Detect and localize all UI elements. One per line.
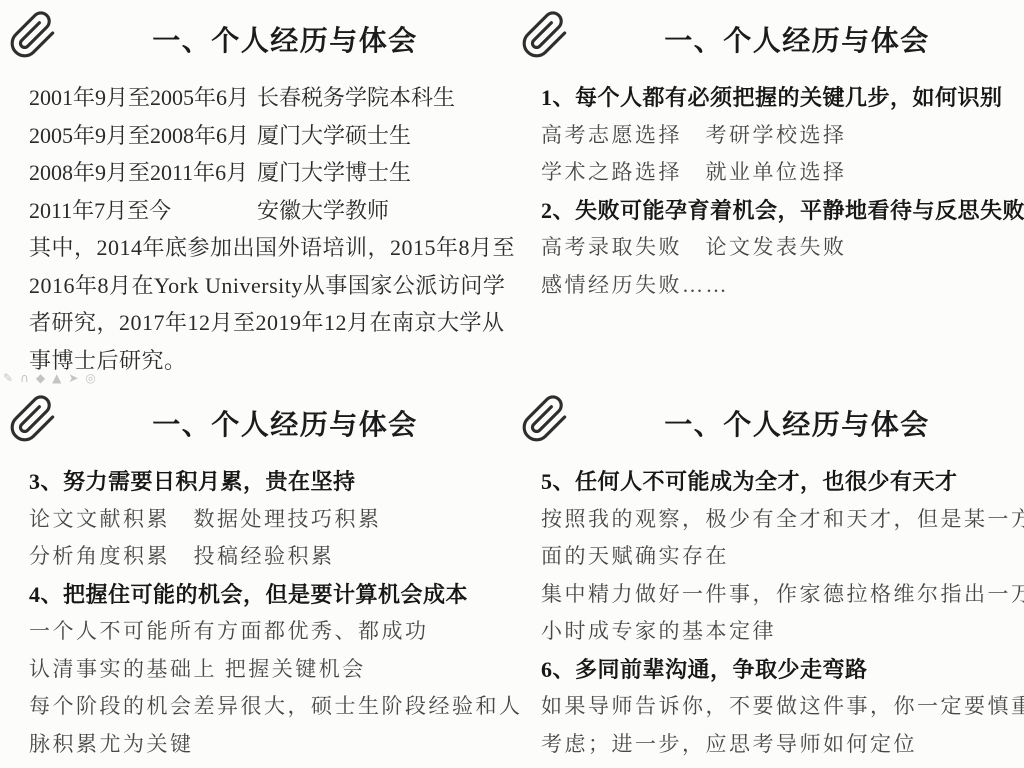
bullet-heading: 1、每个人都有必须把握的关键几步，如何识别 <box>541 79 1022 117</box>
bullet-line: 学术之路选择 就业单位选择 <box>541 154 1022 192</box>
bullet-line: 认清事实的基础上 把握关键机会 <box>29 651 510 689</box>
bullet-line: 按照我的观察，极少有全才和天才，但是某一方 <box>541 501 1022 539</box>
slide-body: 3、努力需要日积月累，贵在坚持 论文文献积累 数据处理技巧积累 分析角度积累 投… <box>29 463 510 763</box>
paperclip-icon <box>520 391 570 447</box>
timeline-row: 2011年7月至今 安徽大学教师 <box>29 192 510 230</box>
paragraph-line: 2016年8月在York University从事国家公派访问学 <box>29 267 510 305</box>
timeline-date: 2008年9月至2011年6月 <box>29 154 257 192</box>
bullet-line: 面的天赋确实存在 <box>541 538 1022 576</box>
bullet-heading: 5、任何人不可能成为全才，也很少有天才 <box>541 463 1022 501</box>
bullet-line: 集中精力做好一件事，作家德拉格维尔指出一万 <box>541 576 1022 614</box>
paperclip-icon <box>520 7 570 63</box>
bullet-heading: 3、努力需要日积月累，贵在坚持 <box>29 463 510 501</box>
bullet-heading: 4、把握住可能的机会，但是要计算机会成本 <box>29 576 510 614</box>
slide-1: 一、个人经历与体会 2001年9月至2005年6月 长春税务学院本科生 2005… <box>0 0 512 384</box>
bullet-line: 分析角度积累 投稿经验积累 <box>29 538 510 576</box>
slide-3: 一、个人经历与体会 3、努力需要日积月累，贵在坚持 论文文献积累 数据处理技巧积… <box>0 384 512 768</box>
bullet-line: 小时成专家的基本定律 <box>541 613 1022 651</box>
paperclip-icon <box>8 391 58 447</box>
slide-title: 一、个人经历与体会 <box>574 19 1020 59</box>
triangle-icon[interactable]: ▲ <box>52 371 61 385</box>
timeline-row: 2008年9月至2011年6月 厦门大学博士生 <box>29 154 510 192</box>
slide-2: 一、个人经历与体会 1、每个人都有必须把握的关键几步，如何识别 高考志愿选择 考… <box>512 0 1024 384</box>
slide-4: 一、个人经历与体会 5、任何人不可能成为全才，也很少有天才 按照我的观察，极少有… <box>512 384 1024 768</box>
pen-icon[interactable]: ✎ <box>3 371 13 385</box>
slide-title: 一、个人经历与体会 <box>62 19 508 59</box>
paragraph-line: 事博士后研究。 <box>29 342 510 380</box>
timeline-row: 2005年9月至2008年6月 厦门大学硕士生 <box>29 117 510 155</box>
annotation-toolbar: ✎ ∩ ◆ ▲ ➤ ◎ <box>3 371 96 385</box>
timeline-role: 厦门大学博士生 <box>257 154 411 192</box>
bullet-heading: 2、失败可能孕育着机会，平静地看待与反思失败 <box>541 192 1022 230</box>
bullet-line: 论文文献积累 数据处理技巧积累 <box>29 501 510 539</box>
timeline-date: 2011年7月至今 <box>29 192 257 230</box>
paragraph-line: 其中，2014年底参加出国外语培训，2015年8月至 <box>29 229 510 267</box>
bullet-line: 一个人不可能所有方面都优秀、都成功 <box>29 613 510 651</box>
bullet-line: 如果导师告诉你，不要做这件事，你一定要慎重 <box>541 688 1022 726</box>
diamond-icon[interactable]: ◆ <box>36 371 45 385</box>
paragraph-line: 者研究，2017年12月至2019年12月在南京大学从 <box>29 304 510 342</box>
slide-title: 一、个人经历与体会 <box>574 403 1020 443</box>
bullet-line: 每个阶段的机会差异很大，硕士生阶段经验和人 <box>29 688 510 726</box>
slide-body: 2001年9月至2005年6月 长春税务学院本科生 2005年9月至2008年6… <box>29 79 510 379</box>
bullet-line: 考虑；进一步，应思考导师如何定位 <box>541 726 1022 764</box>
bullet-line: 高考录取失败 论文发表失败 <box>541 229 1022 267</box>
slide-title: 一、个人经历与体会 <box>62 403 508 443</box>
timeline-role: 长春税务学院本科生 <box>257 79 455 117</box>
curve-icon[interactable]: ∩ <box>20 371 29 385</box>
slide-body: 1、每个人都有必须把握的关键几步，如何识别 高考志愿选择 考研学校选择 学术之路… <box>541 79 1022 304</box>
timeline-date: 2001年9月至2005年6月 <box>29 79 257 117</box>
bullet-line: 感情经历失败…… <box>541 267 1022 305</box>
timeline-role: 厦门大学硕士生 <box>257 117 411 155</box>
slide-body: 5、任何人不可能成为全才，也很少有天才 按照我的观察，极少有全才和天才，但是某一… <box>541 463 1022 763</box>
timeline-role: 安徽大学教师 <box>257 192 389 230</box>
target-icon[interactable]: ◎ <box>85 371 95 385</box>
timeline-row: 2001年9月至2005年6月 长春税务学院本科生 <box>29 79 510 117</box>
bullet-line: 脉积累尤为关键 <box>29 726 510 764</box>
bullet-heading: 6、多同前辈沟通，争取少走弯路 <box>541 651 1022 689</box>
slide-grid: 一、个人经历与体会 2001年9月至2005年6月 长春税务学院本科生 2005… <box>0 0 1024 768</box>
timeline-date: 2005年9月至2008年6月 <box>29 117 257 155</box>
bullet-line: 高考志愿选择 考研学校选择 <box>541 117 1022 155</box>
paperclip-icon <box>8 7 58 63</box>
arrow-icon[interactable]: ➤ <box>68 371 78 385</box>
